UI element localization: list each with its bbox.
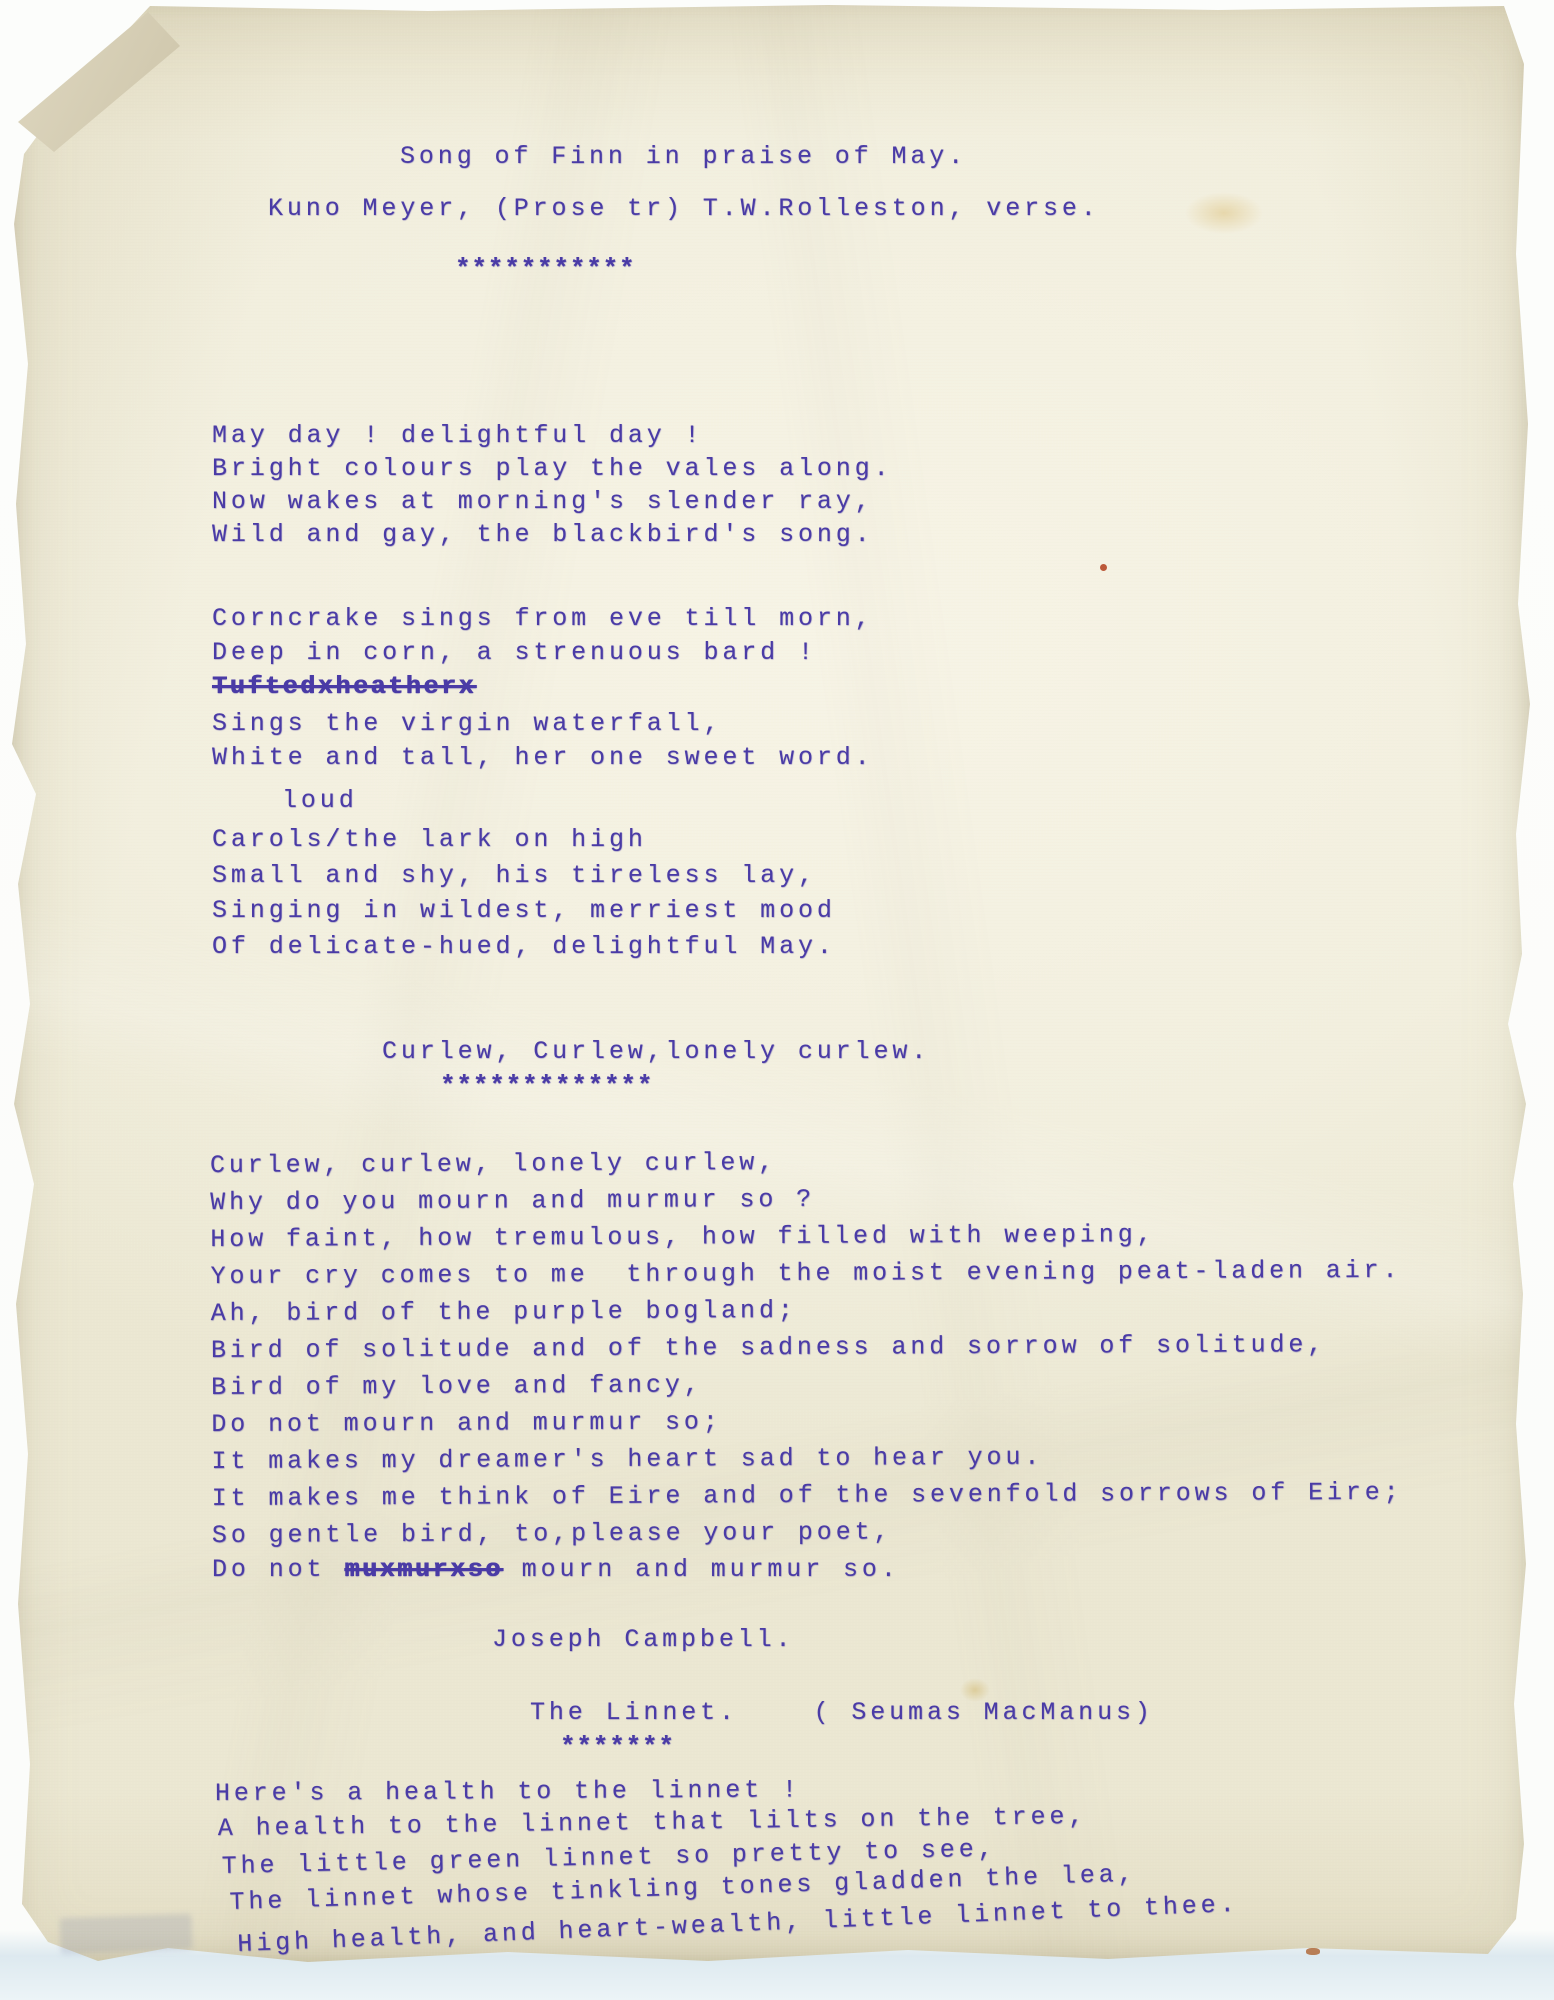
scanned-page: Song of Finn in praise of May. Kuno Meye… (0, 0, 1554, 2000)
struck-out-line: Tuftedxheatherx (212, 672, 476, 701)
struck-out-word: muxmurxso (344, 1555, 502, 1584)
byline: Kuno Meyer, (Prose tr) T.W.Rolleston, ve… (268, 194, 1100, 223)
attribution: Joseph Campbell. (492, 1625, 794, 1654)
poem1-stanza2-start: Corncrake sings from eve till morn, Deep… (212, 602, 874, 670)
poem1-stanza3: Carols/the lark on high Small and shy, h… (212, 822, 836, 964)
poem1-stanza1: May day ! delightful day ! Bright colour… (212, 419, 893, 551)
asterisk-divider: *********** (455, 254, 635, 284)
poem2-last-line: Do not muxmurxso mourn and murmur so. (212, 1555, 900, 1584)
inserted-word: loud (282, 786, 358, 815)
poem3-heading: The Linnet. ( Seumas MacManus) (530, 1698, 1154, 1727)
page-title: Song of Finn in praise of May. (400, 142, 967, 171)
faint-stamp (59, 1914, 192, 1955)
rust-speck (1306, 1948, 1320, 1955)
poem1-stanza2-end: Sings the virgin waterfall, White and ta… (212, 707, 874, 775)
asterisk-divider: ******* (560, 1732, 675, 1762)
last-line-suffix: mourn and murmur so. (503, 1555, 900, 1584)
poem2-stanza: Curlew, curlew, lonely curlew, Why do yo… (210, 1141, 1403, 1554)
poem3-line: Here's a health to the linnet ! (215, 1775, 801, 1808)
last-line-prefix: Do not (212, 1555, 344, 1584)
poem2-heading: Curlew, Curlew,lonely curlew. (382, 1037, 930, 1066)
asterisk-divider: ************* (440, 1071, 653, 1101)
paper-sheet (8, 4, 1532, 1968)
